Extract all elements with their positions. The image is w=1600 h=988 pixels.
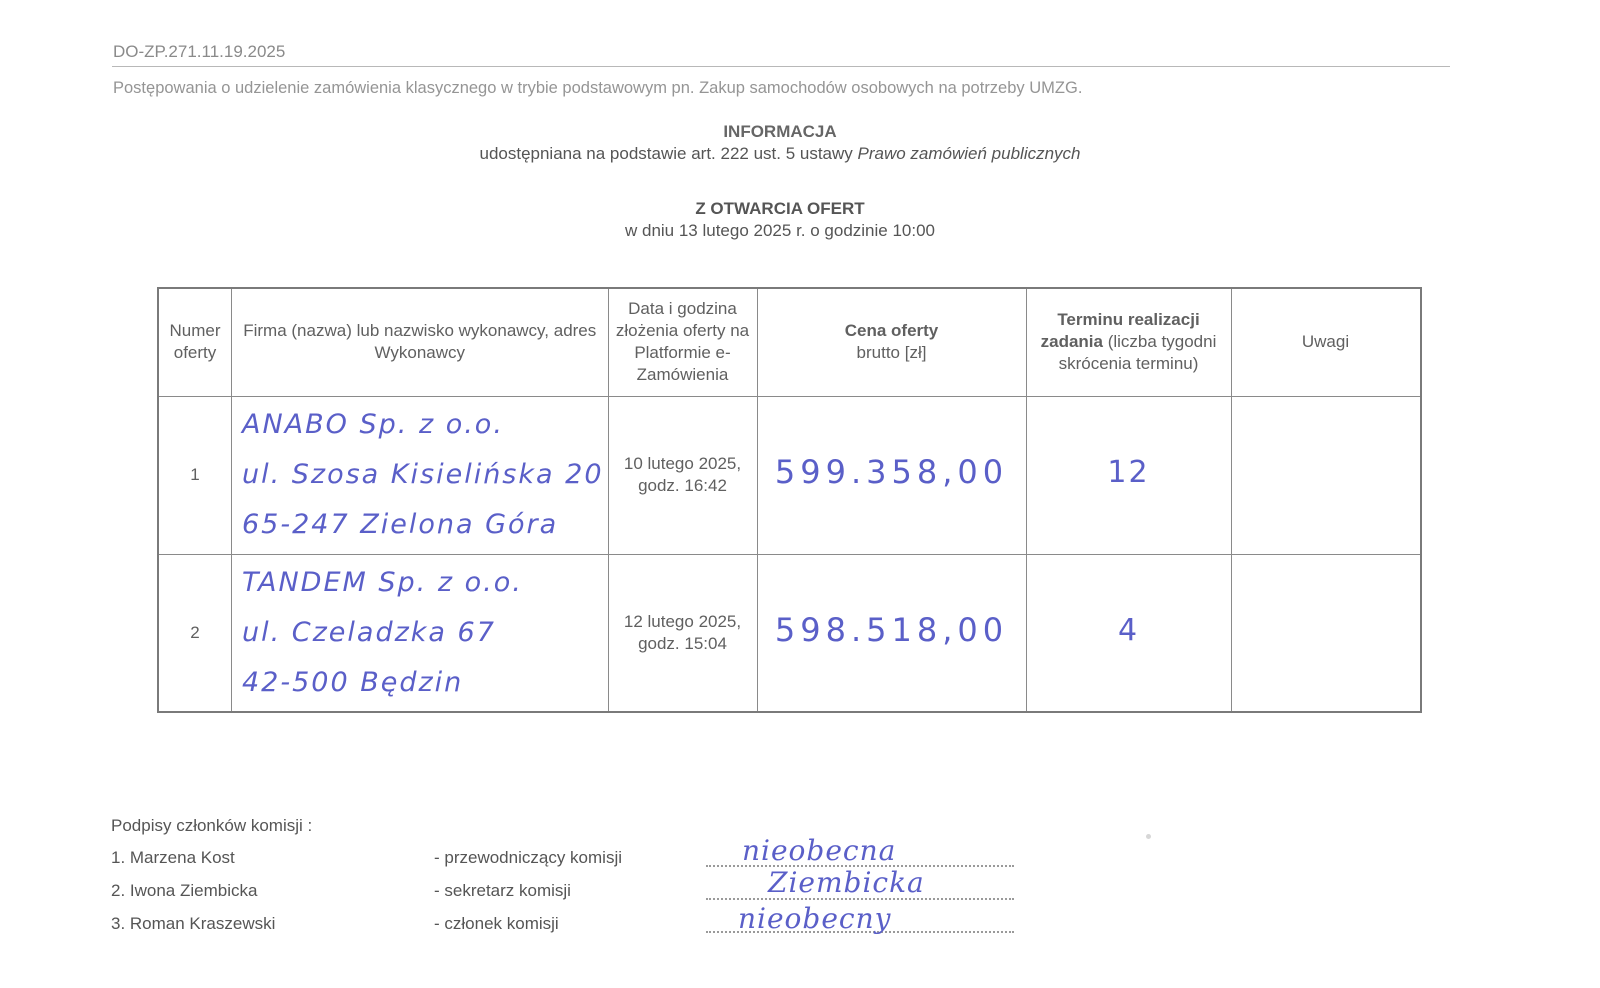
header-divider — [112, 66, 1450, 67]
firm-street: ul. Szosa Kisielińska 20 — [242, 450, 604, 500]
opening-date: w dniu 13 lutego 2025 r. o godzinie 10:0… — [0, 221, 1560, 241]
firm-city: 65-247 Zielona Góra — [242, 500, 604, 550]
member-name: 2. Iwona Ziembicka — [111, 881, 257, 901]
firm-street: ul. Czeladzka 67 — [242, 608, 604, 658]
table-row: 1 ANABO Sp. z o.o. ul. Szosa Kisielińska… — [158, 396, 1421, 554]
header-price-rest: brutto [zł] — [857, 343, 927, 362]
signatures-label: Podpisy członków komisji : — [111, 816, 312, 836]
member-name: 1. Marzena Kost — [111, 848, 235, 868]
offer-price-value: 599.358,00 — [775, 453, 1008, 491]
offer-price: 599.358,00 — [757, 396, 1026, 554]
member-role: - przewodniczący komisji — [434, 848, 622, 868]
member-role: - sekretarz komisji — [434, 881, 571, 901]
offer-firm: ANABO Sp. z o.o. ul. Szosa Kisielińska 2… — [232, 396, 609, 554]
info-title: INFORMACJA — [0, 122, 1560, 142]
member-signature: Ziembicka — [768, 866, 925, 899]
procedure-subject: Postępowania o udzielenie zamówienia kla… — [113, 79, 1082, 98]
member-signature: nieobecna — [742, 834, 896, 867]
offer-weeks-value: 4 — [1118, 613, 1139, 648]
member-signature: nieobecny — [738, 902, 891, 935]
info-subtitle: udostępniana na podstawie art. 222 ust. … — [0, 144, 1560, 164]
firm-city: 42-500 Będzin — [242, 658, 604, 708]
document-reference-number: DO-ZP.271.11.19.2025 — [113, 42, 285, 62]
table-row: 2 TANDEM Sp. z o.o. ul. Czeladzka 67 42-… — [158, 554, 1421, 712]
offers-table: Numer oferty Firma (nazwa) lub nazwisko … — [157, 287, 1422, 713]
offer-notes — [1231, 554, 1421, 712]
info-subtitle-prefix: udostępniana na podstawie art. 222 ust. … — [479, 144, 857, 163]
offer-price: 598.518,00 — [757, 554, 1026, 712]
offer-date-time: godz. 16:42 — [638, 476, 727, 495]
offer-weeks: 4 — [1026, 554, 1231, 712]
offer-date-day: 10 lutego 2025, — [624, 454, 741, 473]
offer-date: 10 lutego 2025,godz. 16:42 — [608, 396, 757, 554]
member-name: 3. Roman Kraszewski — [111, 914, 275, 934]
member-role: - członek komisji — [434, 914, 559, 934]
header-price: Cena ofertybrutto [zł] — [757, 288, 1026, 396]
offer-firm: TANDEM Sp. z o.o. ul. Czeladzka 67 42-50… — [232, 554, 609, 712]
table-header-row: Numer oferty Firma (nazwa) lub nazwisko … — [158, 288, 1421, 396]
offer-notes — [1231, 396, 1421, 554]
offer-number: 2 — [158, 554, 232, 712]
header-term: Terminu realizacji zadania (liczba tygod… — [1026, 288, 1231, 396]
offer-price-value: 598.518,00 — [775, 611, 1008, 649]
header-number: Numer oferty — [158, 288, 232, 396]
scan-speck — [1146, 834, 1151, 839]
law-name: Prawo zamówień publicznych — [858, 144, 1081, 163]
header-price-bold: Cena oferty — [845, 321, 939, 340]
offer-number: 1 — [158, 396, 232, 554]
header-firm: Firma (nazwa) lub nazwisko wykonawcy, ad… — [232, 288, 609, 396]
firm-name: TANDEM Sp. z o.o. — [242, 558, 604, 608]
firm-name: ANABO Sp. z o.o. — [242, 400, 604, 450]
header-date: Data i godzina złożenia oferty na Platfo… — [608, 288, 757, 396]
header-notes: Uwagi — [1231, 288, 1421, 396]
offer-date-time: godz. 15:04 — [638, 634, 727, 653]
offer-weeks-value: 12 — [1107, 455, 1149, 490]
opening-title: Z OTWARCIA OFERT — [0, 199, 1560, 219]
offer-date: 12 lutego 2025,godz. 15:04 — [608, 554, 757, 712]
offer-weeks: 12 — [1026, 396, 1231, 554]
offer-date-day: 12 lutego 2025, — [624, 612, 741, 631]
